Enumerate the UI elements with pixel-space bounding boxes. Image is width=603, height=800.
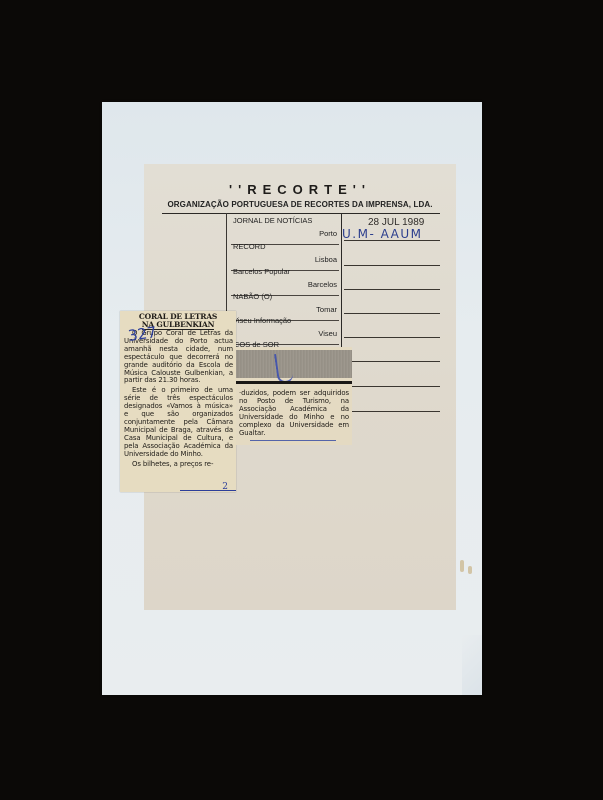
publication-name: Barcelos Popular	[233, 267, 290, 276]
publication-city: Porto	[319, 229, 337, 238]
right-rule	[344, 386, 440, 387]
handwritten-foot-mark: 2	[222, 482, 228, 492]
right-rule	[344, 265, 440, 266]
right-rule	[344, 289, 440, 290]
paper-crease	[462, 635, 482, 695]
publication-city: Barcelos	[308, 280, 337, 289]
right-rule	[344, 361, 440, 362]
obscured-print-band	[236, 350, 352, 378]
right-rule	[344, 337, 440, 338]
clipping-body: O Grupo Coral de Letras da Universidade …	[120, 330, 236, 468]
right-rule	[344, 411, 440, 412]
stain-mark	[460, 560, 464, 572]
clipping-rule	[236, 381, 352, 384]
stain-mark	[468, 566, 472, 574]
clipping-paragraph: Os bilhetes, a preços re-	[124, 461, 233, 469]
publication-name: NABÃO (O)	[233, 292, 272, 301]
form-title: ''RECORTE''	[144, 182, 456, 197]
handwritten-note: U.M- AAUM	[342, 227, 422, 241]
clipping-paragraph: Este é o primeiro de uma série de três e…	[124, 387, 233, 458]
newspaper-clipping-main: CORAL DE LETRAS NA GULBENKIAN 327 O Grup…	[120, 311, 236, 492]
publication-name: Viseu Informação	[233, 316, 291, 325]
publication-city: Lisboa	[315, 255, 337, 264]
form-subtitle: ORGANIZAÇÃO PORTUGUESA DE RECORTES DA IM…	[144, 200, 456, 209]
pen-underline	[250, 440, 336, 441]
publication-name: RECORD	[233, 242, 266, 251]
right-rule	[344, 313, 440, 314]
publication-city: Viseu	[318, 329, 337, 338]
clipping-continuation-text: ·duzidos, podem ser adquiridos no Posto …	[239, 389, 349, 437]
newspaper-clipping-continuation: ·duzidos, podem ser adquiridos no Posto …	[236, 347, 352, 445]
publication-name: JORNAL DE NOTÍCIAS	[233, 216, 312, 225]
